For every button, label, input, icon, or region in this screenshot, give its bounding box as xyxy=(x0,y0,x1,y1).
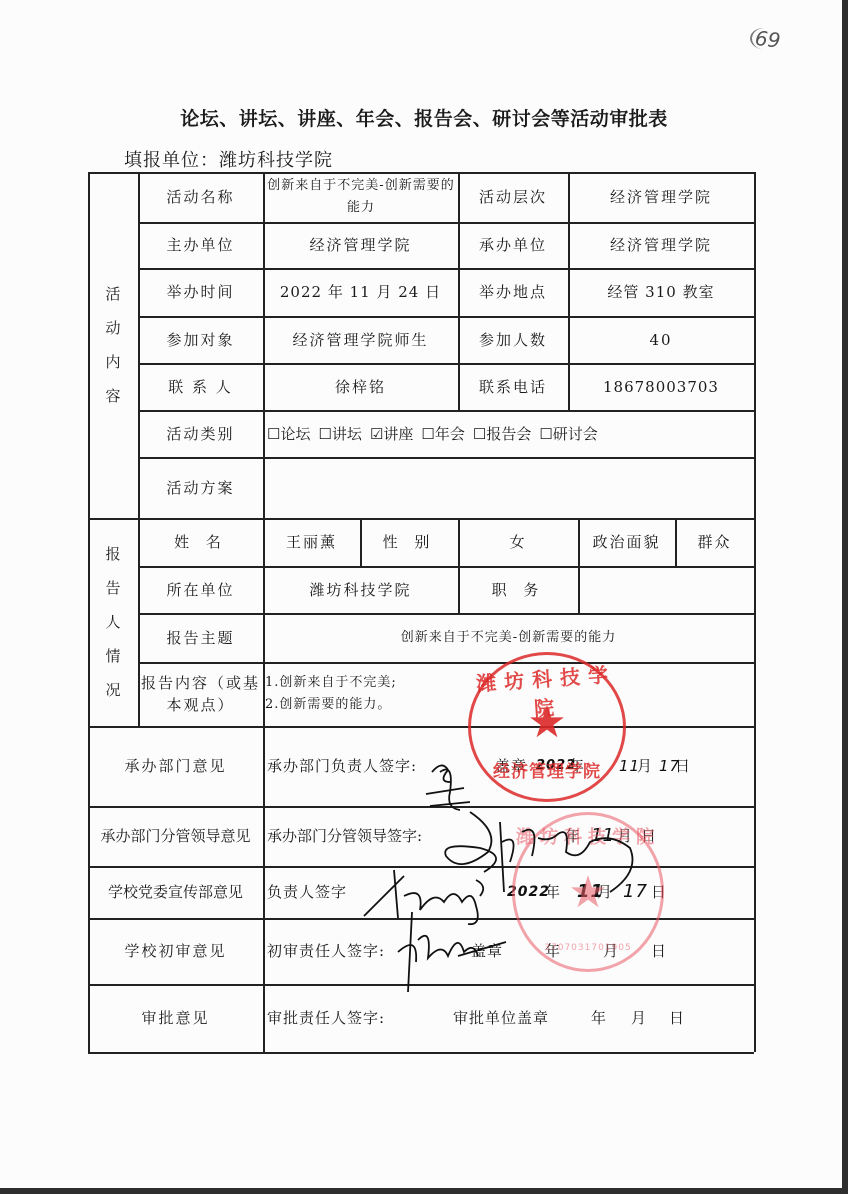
event-place-label: 举办地点 xyxy=(458,268,568,316)
scan-frame-right-edge xyxy=(842,0,848,1194)
option-label: 年会 xyxy=(435,425,465,443)
audience-value: 经济管理学院师生 xyxy=(263,316,458,363)
activity-level-value: 经济管理学院 xyxy=(568,172,754,222)
political-status-value: 群众 xyxy=(675,518,754,566)
signature-field-label: 承办部门负责人签字: xyxy=(267,755,417,777)
category-option-report-meeting[interactable]: ☐报告会 xyxy=(473,423,531,445)
event-time-value: 2022 年 11 月 24 日 xyxy=(263,268,458,316)
section-char: 人 xyxy=(105,611,120,633)
stamp-label: 盖章 xyxy=(495,755,527,777)
day-char: 日 xyxy=(651,940,667,962)
approval-row-organizer: 承办部门负责人签字: 盖章 2022 年 11 月 17 日 xyxy=(263,726,754,806)
content-line: 1.创新来自于不完美; xyxy=(265,672,397,694)
day-char: 日 xyxy=(669,1007,685,1029)
checkbox-icon[interactable]: ☐ xyxy=(267,425,280,443)
category-label: 活动类别 xyxy=(138,410,263,457)
section-char: 告 xyxy=(105,577,120,599)
activity-name-label: 活动名称 xyxy=(138,172,263,222)
month-char: 月 xyxy=(631,1007,647,1029)
category-option-annual-meeting[interactable]: ☐年会 xyxy=(421,423,464,445)
activity-section-label: 活 动 内 容 xyxy=(88,172,138,518)
reporting-unit: 填报单位：潍坊科技学院 xyxy=(124,146,333,172)
signature-field-label: 审批责任人签字: xyxy=(267,1007,385,1029)
option-label: 论坛 xyxy=(280,425,310,443)
content-value: 1.创新来自于不完美; 2.创新需要的能力。 xyxy=(263,662,754,726)
option-label: 报告会 xyxy=(486,425,531,443)
checkbox-icon[interactable]: ☐ xyxy=(421,425,434,443)
speaker-name-label: 姓 名 xyxy=(138,518,263,566)
signature-field-label: 负责人签字 xyxy=(267,881,347,903)
option-label: 研讨会 xyxy=(553,425,598,443)
section-char: 情 xyxy=(105,645,120,667)
month-char: 月 xyxy=(637,755,653,777)
speaker-name-value: 王丽薰 xyxy=(263,518,360,566)
topic-value: 创新来自于不完美-创新需要的能力 xyxy=(263,613,754,662)
approval-label-final: 审批意见 xyxy=(88,984,263,1052)
year-char: 年 xyxy=(569,755,585,777)
host-unit-value: 经济管理学院 xyxy=(263,222,458,268)
organizer-unit-value: 经济管理学院 xyxy=(568,222,754,268)
event-time-label: 举办时间 xyxy=(138,268,263,316)
contact-value: 徐梓铭 xyxy=(263,363,458,410)
document-title: 论坛、讲坛、讲座、年会、报告会、研讨会等活动审批表 xyxy=(0,104,848,131)
speaker-unit-value: 潍坊科技学院 xyxy=(263,566,458,613)
content-line: 2.创新需要的能力。 xyxy=(265,694,391,716)
year-char: 年 xyxy=(545,940,561,962)
category-options: ☐论坛 ☐讲坛 ☑讲座 ☐年会 ☐报告会 ☐研讨会 xyxy=(263,410,754,457)
gender-value: 女 xyxy=(458,518,578,566)
category-option-seminar[interactable]: ☐研讨会 xyxy=(539,423,597,445)
political-status-label: 政治面貌 xyxy=(578,518,675,566)
attendee-count-value: 40 xyxy=(568,316,754,363)
category-option-lecture-forum[interactable]: ☐讲坛 xyxy=(318,423,361,445)
contact-label: 联 系 人 xyxy=(138,363,263,410)
section-char: 况 xyxy=(105,679,120,701)
checkbox-icon[interactable]: ☐ xyxy=(318,425,331,443)
day-char: 日 xyxy=(675,755,691,777)
content-label: 报告内容（或基本观点） xyxy=(138,662,263,726)
section-char: 容 xyxy=(105,385,120,407)
plan-label: 活动方案 xyxy=(138,457,263,518)
checkbox-icon[interactable]: ☐ xyxy=(473,425,486,443)
section-char: 报 xyxy=(105,543,120,565)
section-char: 活 xyxy=(105,283,120,305)
handwritten-page-number: 69 xyxy=(749,26,782,51)
phone-label: 联系电话 xyxy=(458,363,568,410)
approval-label-publicity: 学校党委宣传部意见 xyxy=(88,866,263,918)
year-char: 年 xyxy=(591,1007,607,1029)
category-option-forum[interactable]: ☐论坛 xyxy=(267,423,310,445)
activity-level-label: 活动层次 xyxy=(458,172,568,222)
signature-field-label: 初审责任人签字: xyxy=(267,940,385,962)
section-char: 动 xyxy=(105,317,120,339)
topic-label: 报告主题 xyxy=(138,613,263,662)
attendee-count-label: 参加人数 xyxy=(458,316,568,363)
event-place-value: 经管 310 教室 xyxy=(568,268,754,316)
option-label: 讲座 xyxy=(383,425,413,443)
signature-field-label: 承办部门分管领导签字: xyxy=(267,825,422,847)
gender-label: 性 别 xyxy=(360,518,458,566)
option-label: 讲坛 xyxy=(332,425,362,443)
phone-value: 18678003703 xyxy=(568,363,754,410)
activity-name-value: 创新来自于不完美-创新需要的能力 xyxy=(266,174,456,220)
host-unit-label: 主办单位 xyxy=(138,222,263,268)
approval-label-organizer: 承办部门意见 xyxy=(88,726,263,806)
position-label: 职 务 xyxy=(458,566,578,613)
checkbox-icon[interactable]: ☐ xyxy=(539,425,552,443)
speaker-section-label: 报 告 人 情 况 xyxy=(88,518,138,726)
audience-label: 参加对象 xyxy=(138,316,263,363)
approval-label-initial-review: 学校初审意见 xyxy=(88,918,263,984)
checked-checkbox-icon[interactable]: ☑ xyxy=(370,425,383,443)
stamp-label: 审批单位盖章 xyxy=(453,1007,549,1029)
organizer-unit-label: 承办单位 xyxy=(458,222,568,268)
scan-frame-bottom-edge xyxy=(0,1188,848,1194)
signature-initial-review xyxy=(388,912,508,992)
month-char: 月 xyxy=(603,940,619,962)
plan-value xyxy=(263,457,754,518)
speaker-unit-label: 所在单位 xyxy=(138,566,263,613)
section-char: 内 xyxy=(105,351,120,373)
approval-label-supervisor: 承办部门分管领导意见 xyxy=(88,806,263,866)
approval-row-initial-review: 初审责任人签字: 盖章 年 月 日 xyxy=(263,918,754,984)
category-option-lecture[interactable]: ☑讲座 xyxy=(370,423,413,445)
approval-row-final: 审批责任人签字: 审批单位盖章 年 月 日 xyxy=(263,984,754,1052)
position-value xyxy=(578,566,754,613)
